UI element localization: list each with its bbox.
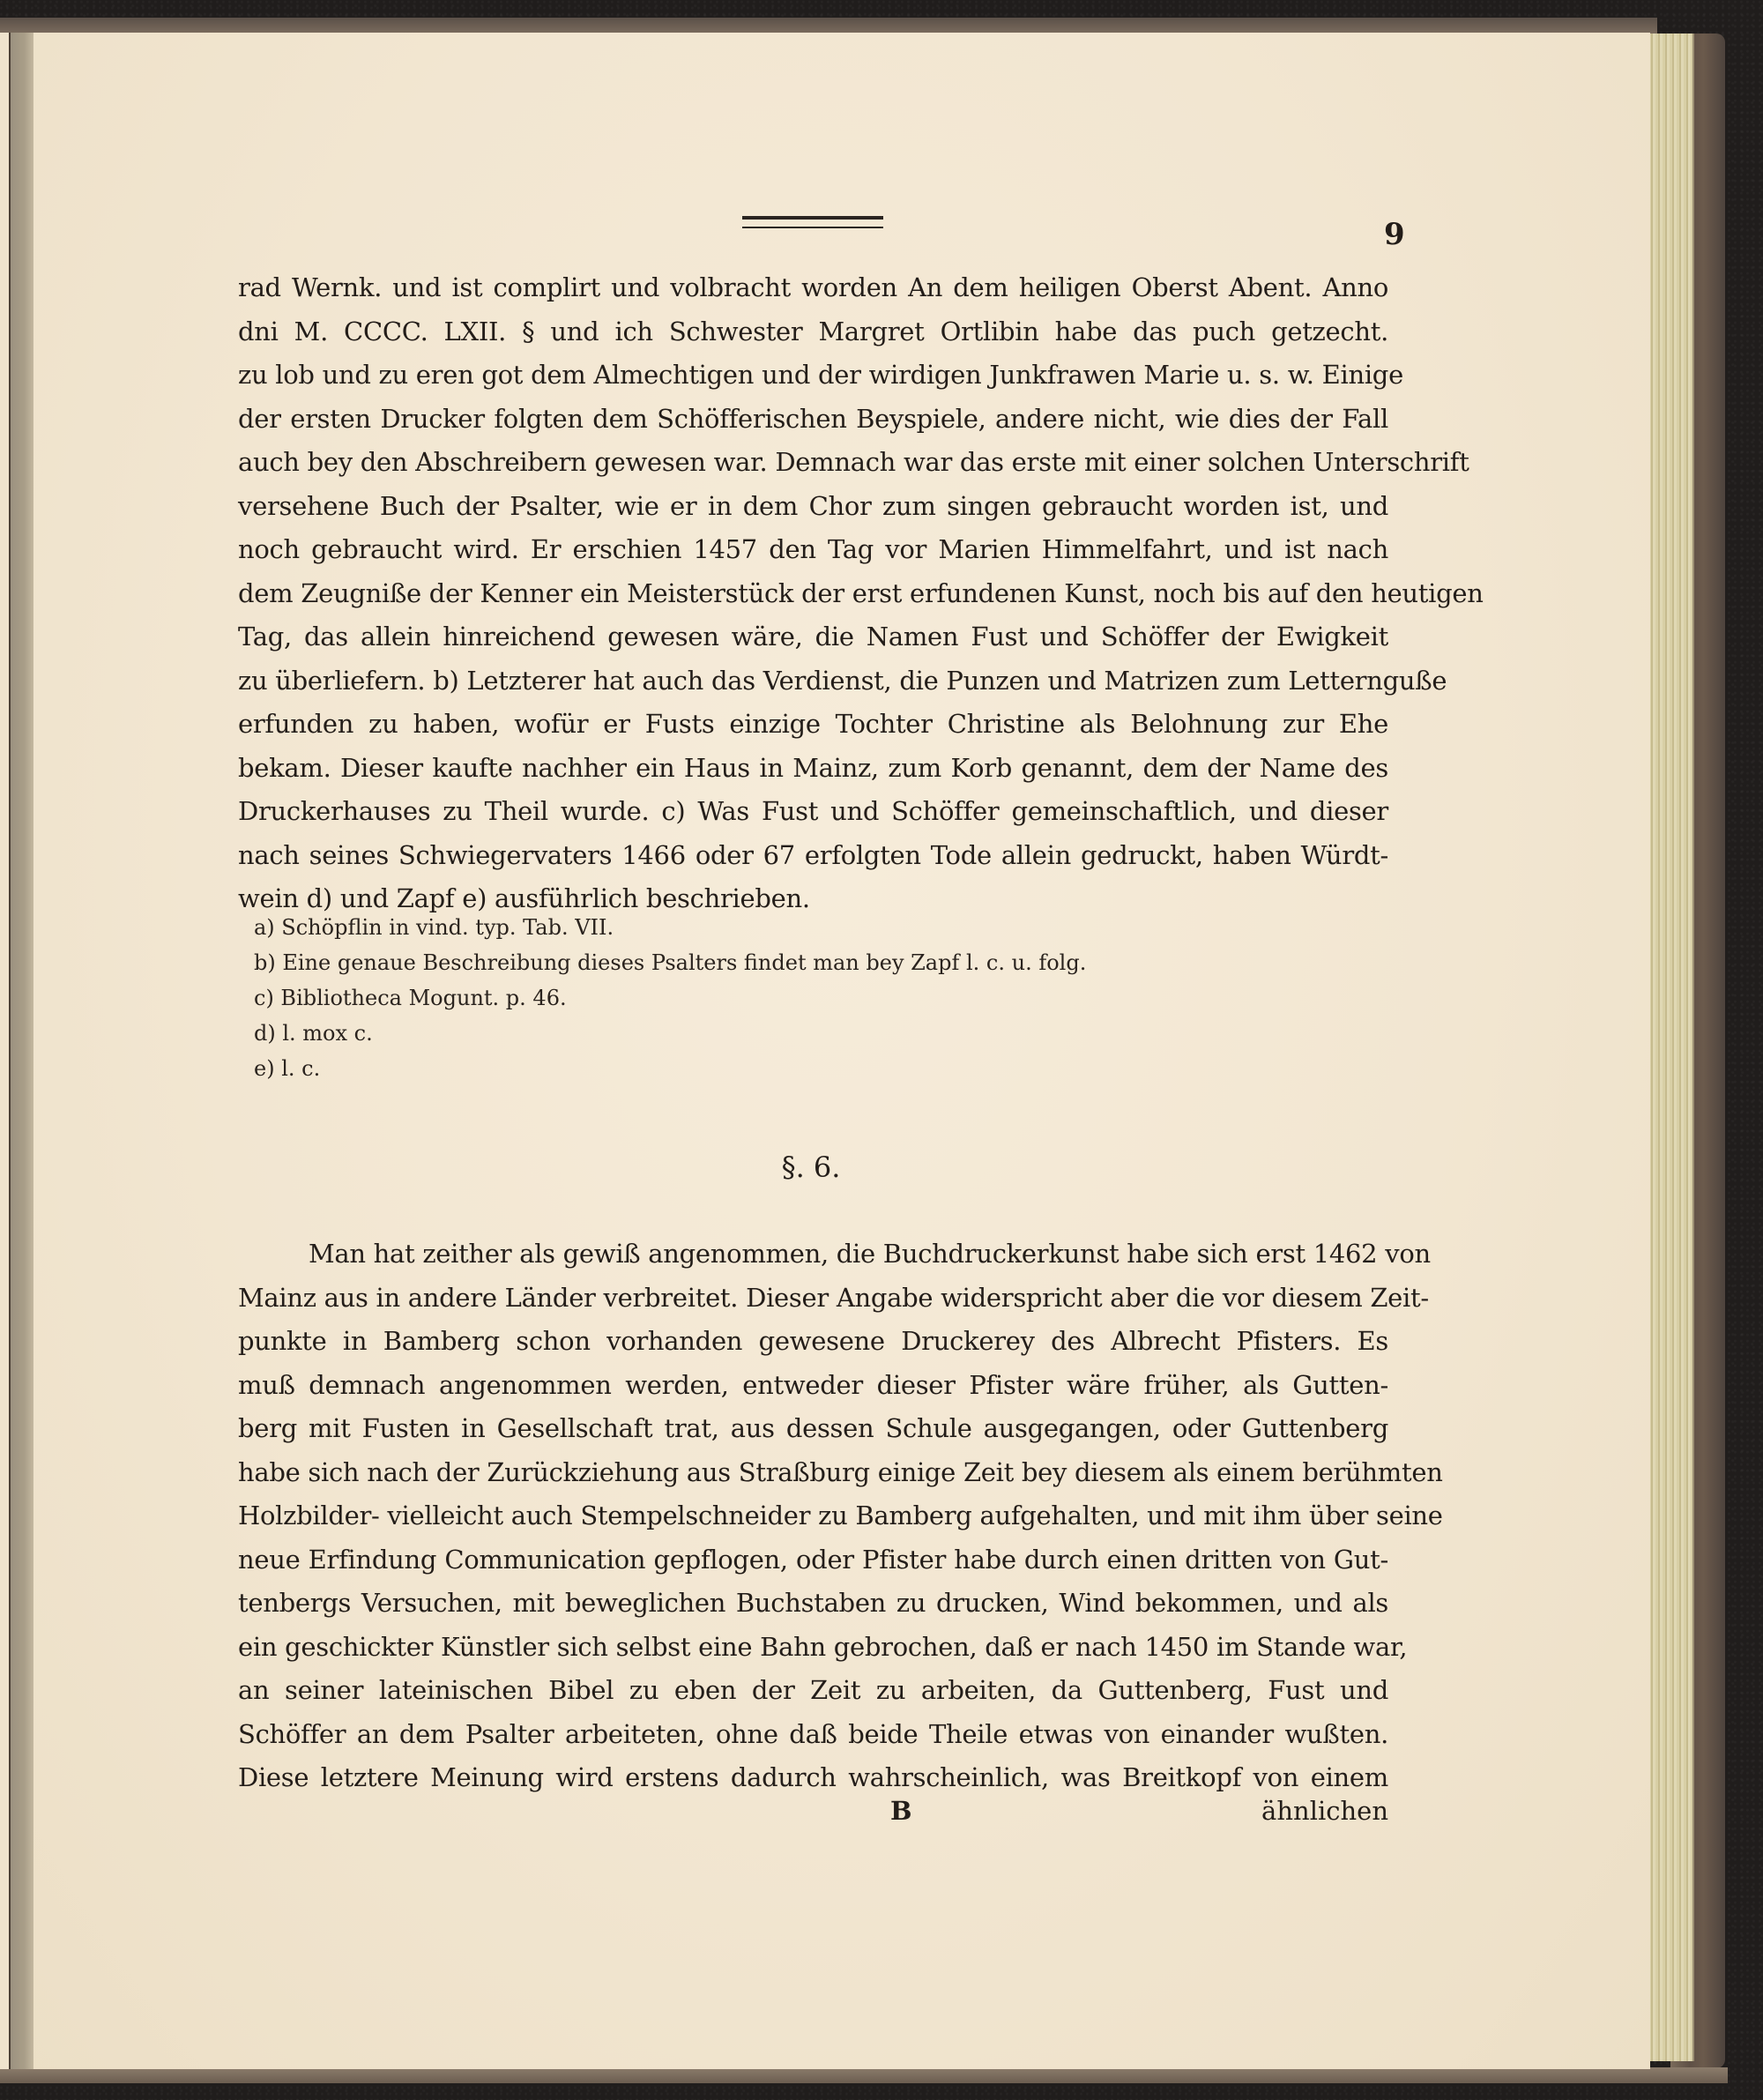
signature-mark: B xyxy=(890,1796,912,1826)
text-line: Holzbilder- vielleicht auch Stempelschne… xyxy=(238,1494,1388,1538)
footnote-b: b) Eine genaue Beschreibung dieses Psalt… xyxy=(254,945,1224,980)
footnote-a: a) Schöpflin in vind. typ. Tab. VII. xyxy=(254,910,1224,945)
text-line: Tag, das allein hinreichend gewesen wäre… xyxy=(238,615,1388,659)
page-stack-edge xyxy=(1648,34,1694,2061)
text-line: rad Wernk. und ist complirt und volbrach… xyxy=(238,266,1388,310)
text-line: Druckerhauses zu Theil wurde. c) Was Fus… xyxy=(238,790,1388,834)
footnote-c: c) Bibliotheca Mogunt. p. 46. xyxy=(254,980,1224,1016)
text-line: auch bey den Abschreibern gewesen war. D… xyxy=(238,441,1388,485)
text-line: an seiner lateinischen Bibel zu eben der… xyxy=(238,1669,1388,1713)
text-line: bekam. Dieser kaufte nachher ein Haus in… xyxy=(238,747,1388,791)
text-line: ein geschickter Künstler sich selbst ein… xyxy=(238,1626,1388,1670)
footnote-e: e) l. c. xyxy=(254,1051,1224,1086)
text-line: noch gebraucht wird. Er erschien 1457 de… xyxy=(238,528,1388,572)
text-line: punkte in Bamberg schon vorhanden gewese… xyxy=(238,1320,1388,1364)
page-gutter-shadow xyxy=(9,33,33,2069)
text-line: neue Erfindung Communication gepflogen, … xyxy=(238,1538,1388,1582)
facing-page-sliver xyxy=(0,33,9,2069)
text-line: muß demnach angenommen werden, entweder … xyxy=(238,1364,1388,1408)
text-line: dem Zeugniße der Kenner ein Meisterstück… xyxy=(238,572,1388,616)
book-cover-bottom-edge xyxy=(0,2067,1728,2083)
footnote-d: d) l. mox c. xyxy=(254,1016,1224,1051)
text-line: Diese letztere Meinung wird erstens dadu… xyxy=(238,1756,1388,1800)
text-line: Mainz aus in andere Länder verbreitet. D… xyxy=(238,1277,1388,1321)
paragraph-1: rad Wernk. und ist complirt und volbrach… xyxy=(238,266,1388,921)
text-line: erfunden zu haben, wofür er Fusts einzig… xyxy=(238,703,1388,747)
page-footer: B ähnlichen xyxy=(238,1796,1388,1840)
text-line: tenbergs Versuchen, mit beweglichen Buch… xyxy=(238,1582,1388,1626)
text-line: versehene Buch der Psalter, wie er in de… xyxy=(238,485,1388,529)
text-line: nach seines Schwiegervaters 1466 oder 67… xyxy=(238,834,1388,878)
text-line: zu überliefern. b) Letzterer hat auch da… xyxy=(238,659,1388,704)
text-line: berg mit Fusten in Gesellschaft trat, au… xyxy=(238,1407,1388,1451)
section-heading-text: §. 6. xyxy=(782,1151,841,1184)
footnotes: a) Schöpflin in vind. typ. Tab. VII. b) … xyxy=(254,910,1224,1086)
catchword: ähnlichen xyxy=(1261,1796,1388,1826)
book-cover-top-edge xyxy=(0,18,1657,34)
section-heading: §. 6. xyxy=(0,1151,1763,1184)
page-number: 9 xyxy=(1384,217,1405,252)
text-line: habe sich nach der Zurückziehung aus Str… xyxy=(238,1451,1388,1495)
text-line: zu lob und zu eren got dem Almechtigen u… xyxy=(238,354,1388,398)
header-ornamental-rule xyxy=(742,216,883,228)
paragraph-2: Man hat zeither als gewiß angenommen, di… xyxy=(238,1232,1388,1800)
text-line: der ersten Drucker folgten dem Schöfferi… xyxy=(238,398,1388,442)
text-line: Man hat zeither als gewiß angenommen, di… xyxy=(238,1232,1388,1277)
text-line: dni M. CCCC. LXII. § und ich Schwester M… xyxy=(238,310,1388,354)
text-line: Schöffer an dem Psalter arbeiteten, ohne… xyxy=(238,1713,1388,1757)
